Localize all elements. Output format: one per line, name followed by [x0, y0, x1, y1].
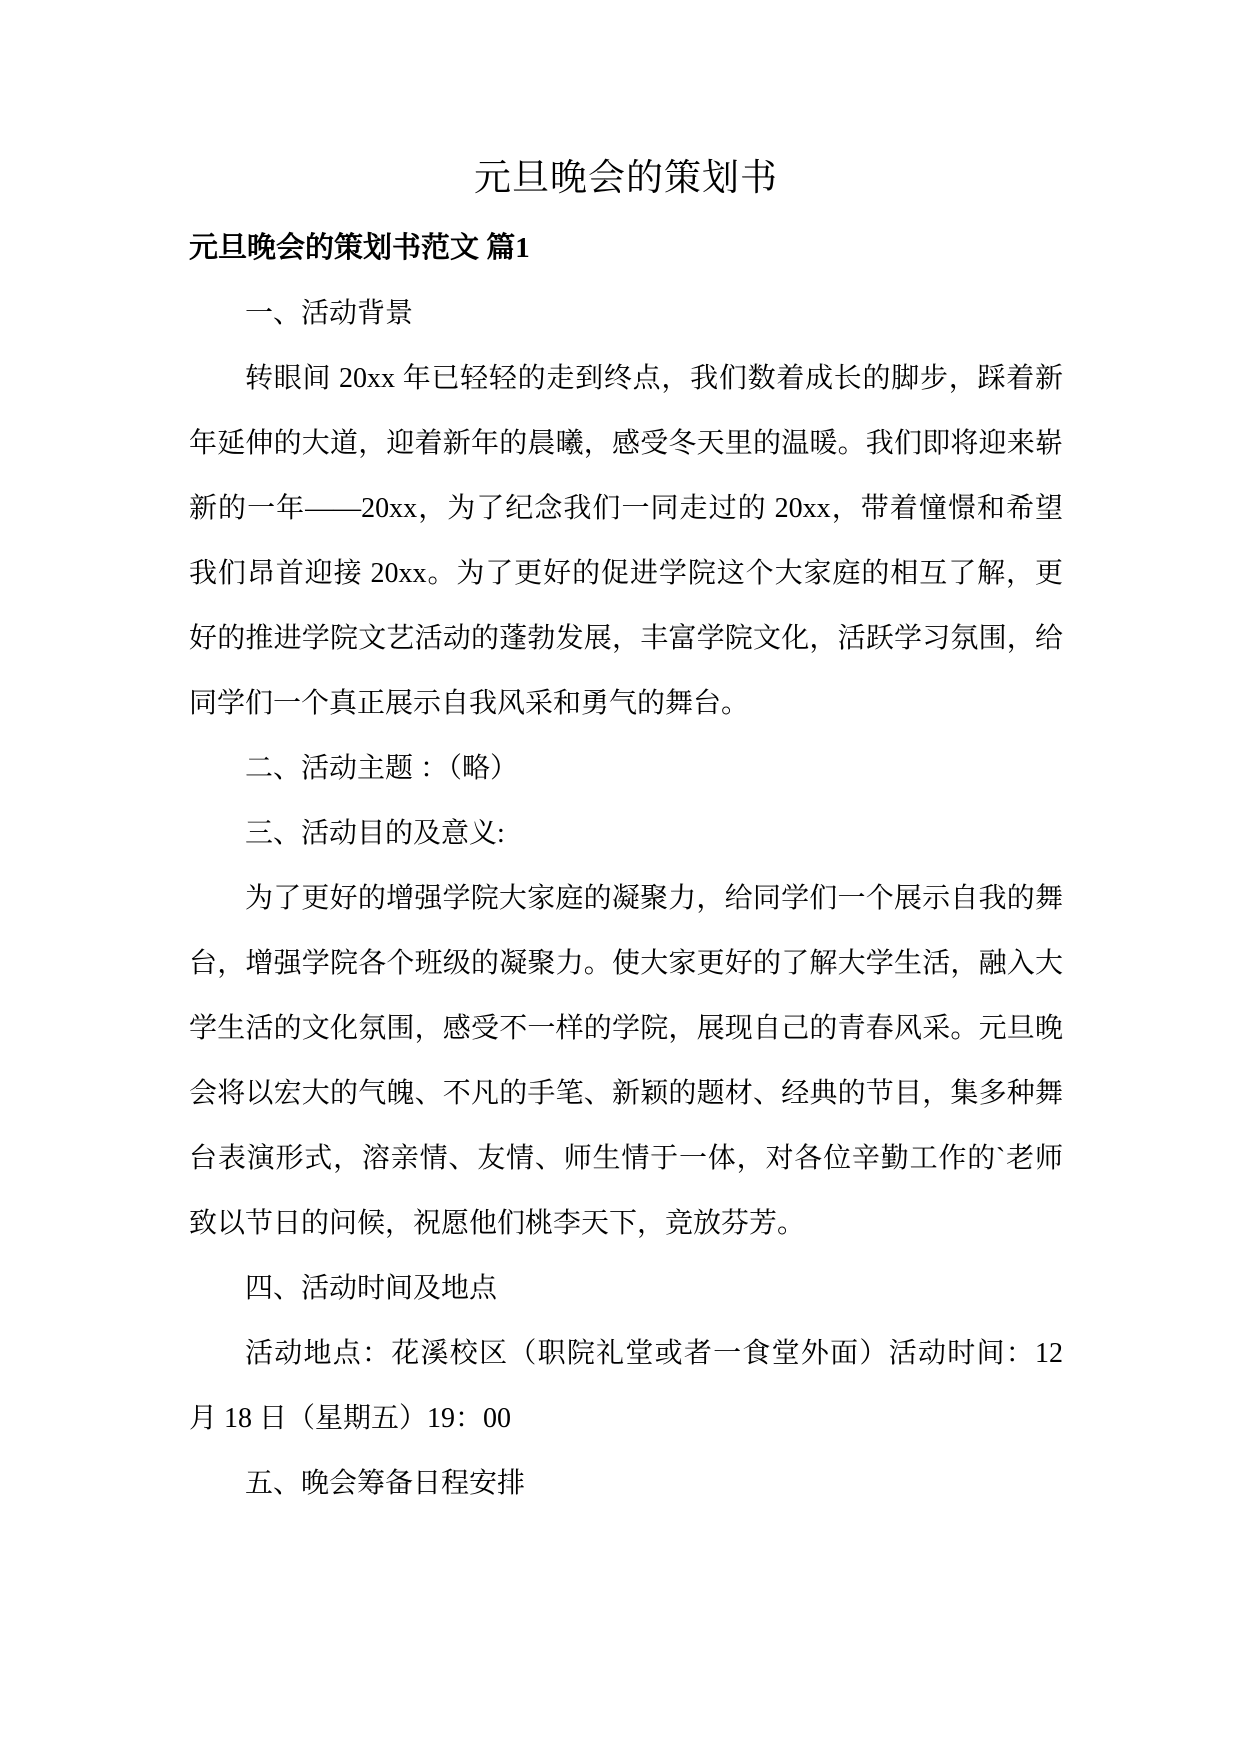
- paragraph-time-place: 活动地点：花溪校区（职院礼堂或者一食堂外面）活动时间：12 月 18 日（星期五…: [189, 1321, 1063, 1451]
- section-heading-activity-background: 一、活动背景: [189, 281, 1063, 346]
- document-page: 元旦晚会的策划书 元旦晚会的策划书范文 篇1 一、活动背景 转眼间 20xx 年…: [0, 0, 1240, 1753]
- section-heading-time-place: 四、活动时间及地点: [189, 1256, 1063, 1321]
- document-subtitle: 元旦晚会的策划书范文 篇1: [189, 216, 1063, 281]
- document-content: 元旦晚会的策划书 元旦晚会的策划书范文 篇1 一、活动背景 转眼间 20xx 年…: [189, 0, 1063, 1516]
- section-heading-activity-purpose: 三、活动目的及意义:: [189, 801, 1063, 866]
- document-title: 元旦晚会的策划书: [189, 152, 1063, 205]
- section-heading-activity-theme: 二、活动主题 ：（略）: [189, 736, 1063, 801]
- paragraph-activity-background: 转眼间 20xx 年已轻轻的走到终点，我们数着成长的脚步，踩着新年延伸的大道，迎…: [189, 346, 1063, 736]
- section-heading-schedule: 五、晚会筹备日程安排: [189, 1451, 1063, 1516]
- paragraph-activity-purpose: 为了更好的增强学院大家庭的凝聚力，给同学们一个展示自我的舞台，增强学院各个班级的…: [189, 866, 1063, 1256]
